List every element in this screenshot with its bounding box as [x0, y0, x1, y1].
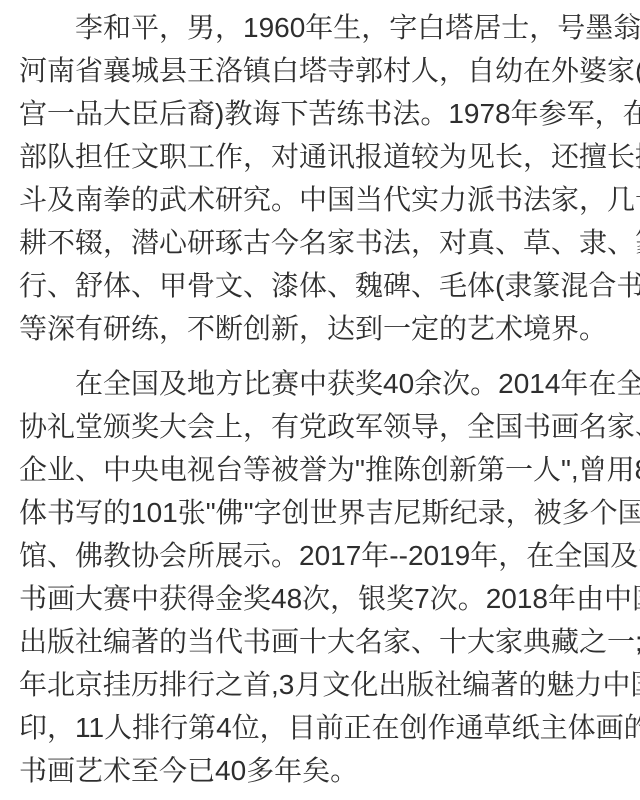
text-line: 耕不辍，潜心研琢古今名家书法，对真、草、隶、篆、 — [19, 221, 610, 264]
text-line: 体书写的101张"佛"字创世界吉尼斯纪录，被多个国家领事 — [19, 491, 610, 534]
text-line: 李和平，男，1960年生，字白塔居士，号墨翁。系 — [19, 6, 610, 49]
text-line: 协礼堂颁奖大会上，有党政军领导，全国书画名家、知名 — [19, 405, 610, 448]
text-line: 在全国及地方比赛中获奖40余次。2014年在全国政 — [19, 362, 610, 405]
text-line: 年北京挂历排行之首,3月文化出版社编著的魅力中国编 — [19, 663, 610, 706]
text-line: 等深有研练，不断创新，达到一定的艺术境界。 — [19, 307, 610, 350]
text-line: 行、舒体、甲骨文、漆体、魏碑、毛体(隶篆混合书自创) — [19, 264, 610, 307]
text-line: 书画艺术至今已40多年矣。 — [19, 749, 610, 792]
text-line: 宫一品大臣后裔)教诲下苦练书法。1978年参军，在福州 — [19, 92, 610, 135]
text-line: 出版社编著的当代书画十大名家、十大家典藏之一;2019 — [19, 620, 610, 663]
text-line: 部队担任文职工作，对通讯报道较为见长，还擅长擒拿格 — [19, 135, 610, 178]
biography-document: 李和平，男，1960年生，字白塔居士，号墨翁。系河南省襄城县王洛镇白塔寺郭村人，… — [0, 0, 640, 800]
paragraph-1: 李和平，男，1960年生，字白塔居士，号墨翁。系河南省襄城县王洛镇白塔寺郭村人，… — [19, 6, 610, 350]
text-line: 企业、中央电视台等被誉为"推陈创新第一人",曾用8种字 — [19, 448, 610, 491]
biography-text: 李和平，男，1960年生，字白塔居士，号墨翁。系河南省襄城县王洛镇白塔寺郭村人，… — [19, 6, 610, 792]
text-line: 书画大赛中获得金奖48次，银奖7次。2018年由中国文化 — [19, 577, 610, 620]
text-line: 河南省襄城县王洛镇白塔寺郭村人，自幼在外婆家(原皇 — [19, 49, 610, 92]
text-line: 印，11人排行第4位，目前正在创作通草纸主体画的创作 — [19, 706, 610, 749]
text-line: 斗及南拳的武术研究。中国当代实力派书法家，几十年笔 — [19, 178, 610, 221]
paragraph-2: 在全国及地方比赛中获奖40余次。2014年在全国政协礼堂颁奖大会上，有党政军领导… — [19, 362, 610, 792]
text-line: 馆、佛教协会所展示。2017年--2019年，在全国及世界性 — [19, 534, 610, 577]
